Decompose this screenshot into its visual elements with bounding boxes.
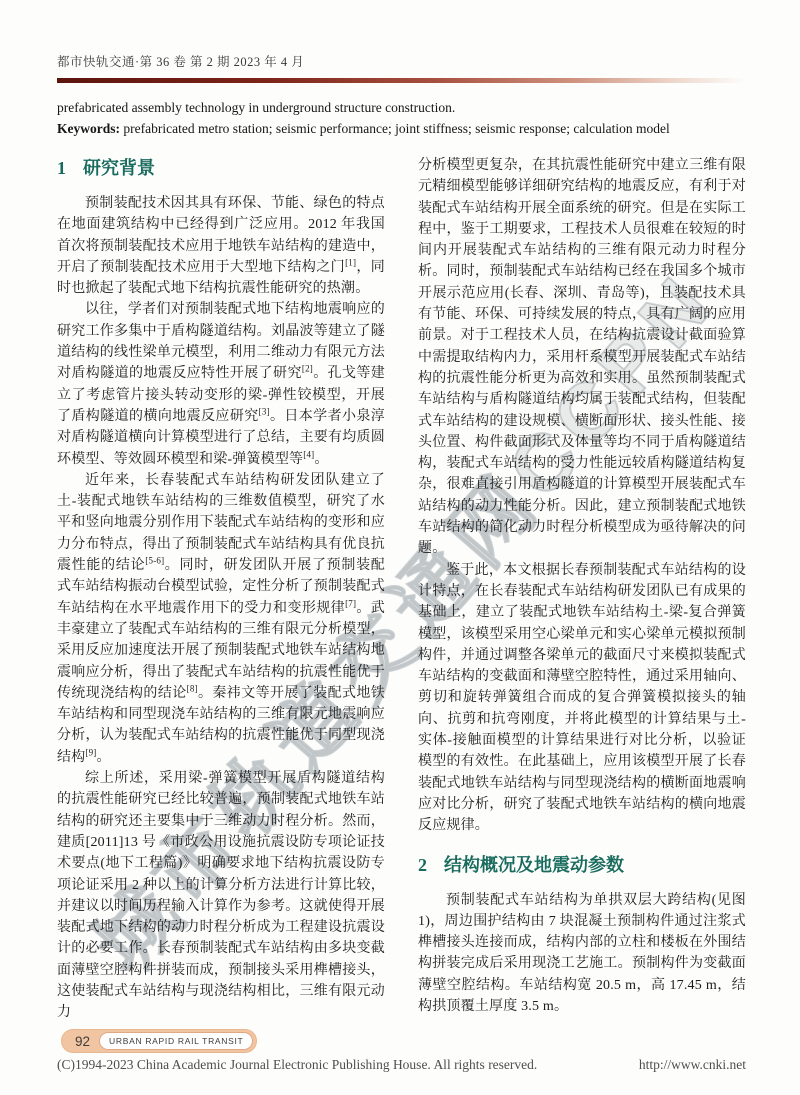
keywords-label: Keywords: [57,121,120,136]
paragraph: 分析模型更复杂，在其抗震性能研究中建立三维有限元精细模型能够详细研究结构的地震反… [418,155,746,560]
header-rule-divider [57,78,746,83]
cnki-url: http://www.cnki.net [639,1057,746,1073]
article-body: 1研究背景预制装配技术因其具有环保、节能、绿色的特点在地面建筑结构中已经得到广泛… [57,155,746,1024]
paragraph: 预制装配技术因其具有环保、节能、绿色的特点在地面建筑结构中已经得到广泛应用。20… [57,193,385,299]
section-heading: 2结构概况及地震动参数 [418,853,746,877]
paragraph: 以往，学者们对预制装配式地下结构地震响应的研究工作多集中于盾构隧道结构。刘晶波等… [57,299,385,469]
section-heading: 1研究背景 [57,156,385,180]
keywords-text: prefabricated metro station; seismic per… [120,121,670,136]
section-number: 1 [57,156,66,180]
right-column: 分析模型更复杂，在其抗震性能研究中建立三维有限元精细模型能够详细研究结构的地震反… [418,155,746,1024]
abstract-last-line: prefabricated assembly technology in und… [57,97,746,118]
copyright-row: (C)1994-2023 China Academic Journal Elec… [57,1057,746,1073]
section-title: 结构概况及地震动参数 [444,853,624,877]
paragraph: 预制装配式车站结构为单拱双层大跨结构(见图 1)，周边围护结构由 7 块混凝土预… [418,890,746,1018]
paragraph: 近年来，长春装配式车站结构研发团队建立了土-装配式地铁车站结构的三维数值模型，研… [57,470,385,768]
journal-name-en-badge: URBAN RAPID RAIL TRANSIT [99,1032,253,1050]
paragraph: 综上所述，采用梁-弹簧模型开展盾构隧道结构的抗震性能研究已经比较普遍，预制装配式… [57,768,385,1024]
keywords-line: Keywords: prefabricated metro station; s… [57,118,746,139]
page-number: 92 [75,1034,90,1049]
section-number: 2 [418,853,427,877]
paragraph: 鉴于此，本文根据长春预制装配式车站结构的设计特点，在长春装配式车站结构研发团队已… [418,560,746,837]
page-number-badge: 92 URBAN RAPID RAIL TRANSIT [61,1029,257,1053]
copyright-text: (C)1994-2023 China Academic Journal Elec… [57,1057,537,1073]
journal-header-line: 都市快轨交通·第 36 卷 第 2 期 2023 年 4 月 [57,52,746,70]
journal-page: 都市快轨交通·第 36 卷 第 2 期 2023 年 4 月 prefabric… [0,0,800,1095]
left-column: 1研究背景预制装配技术因其具有环保、节能、绿色的特点在地面建筑结构中已经得到广泛… [57,155,385,1024]
english-abstract: prefabricated assembly technology in und… [57,97,746,139]
section-title: 研究背景 [83,156,155,180]
